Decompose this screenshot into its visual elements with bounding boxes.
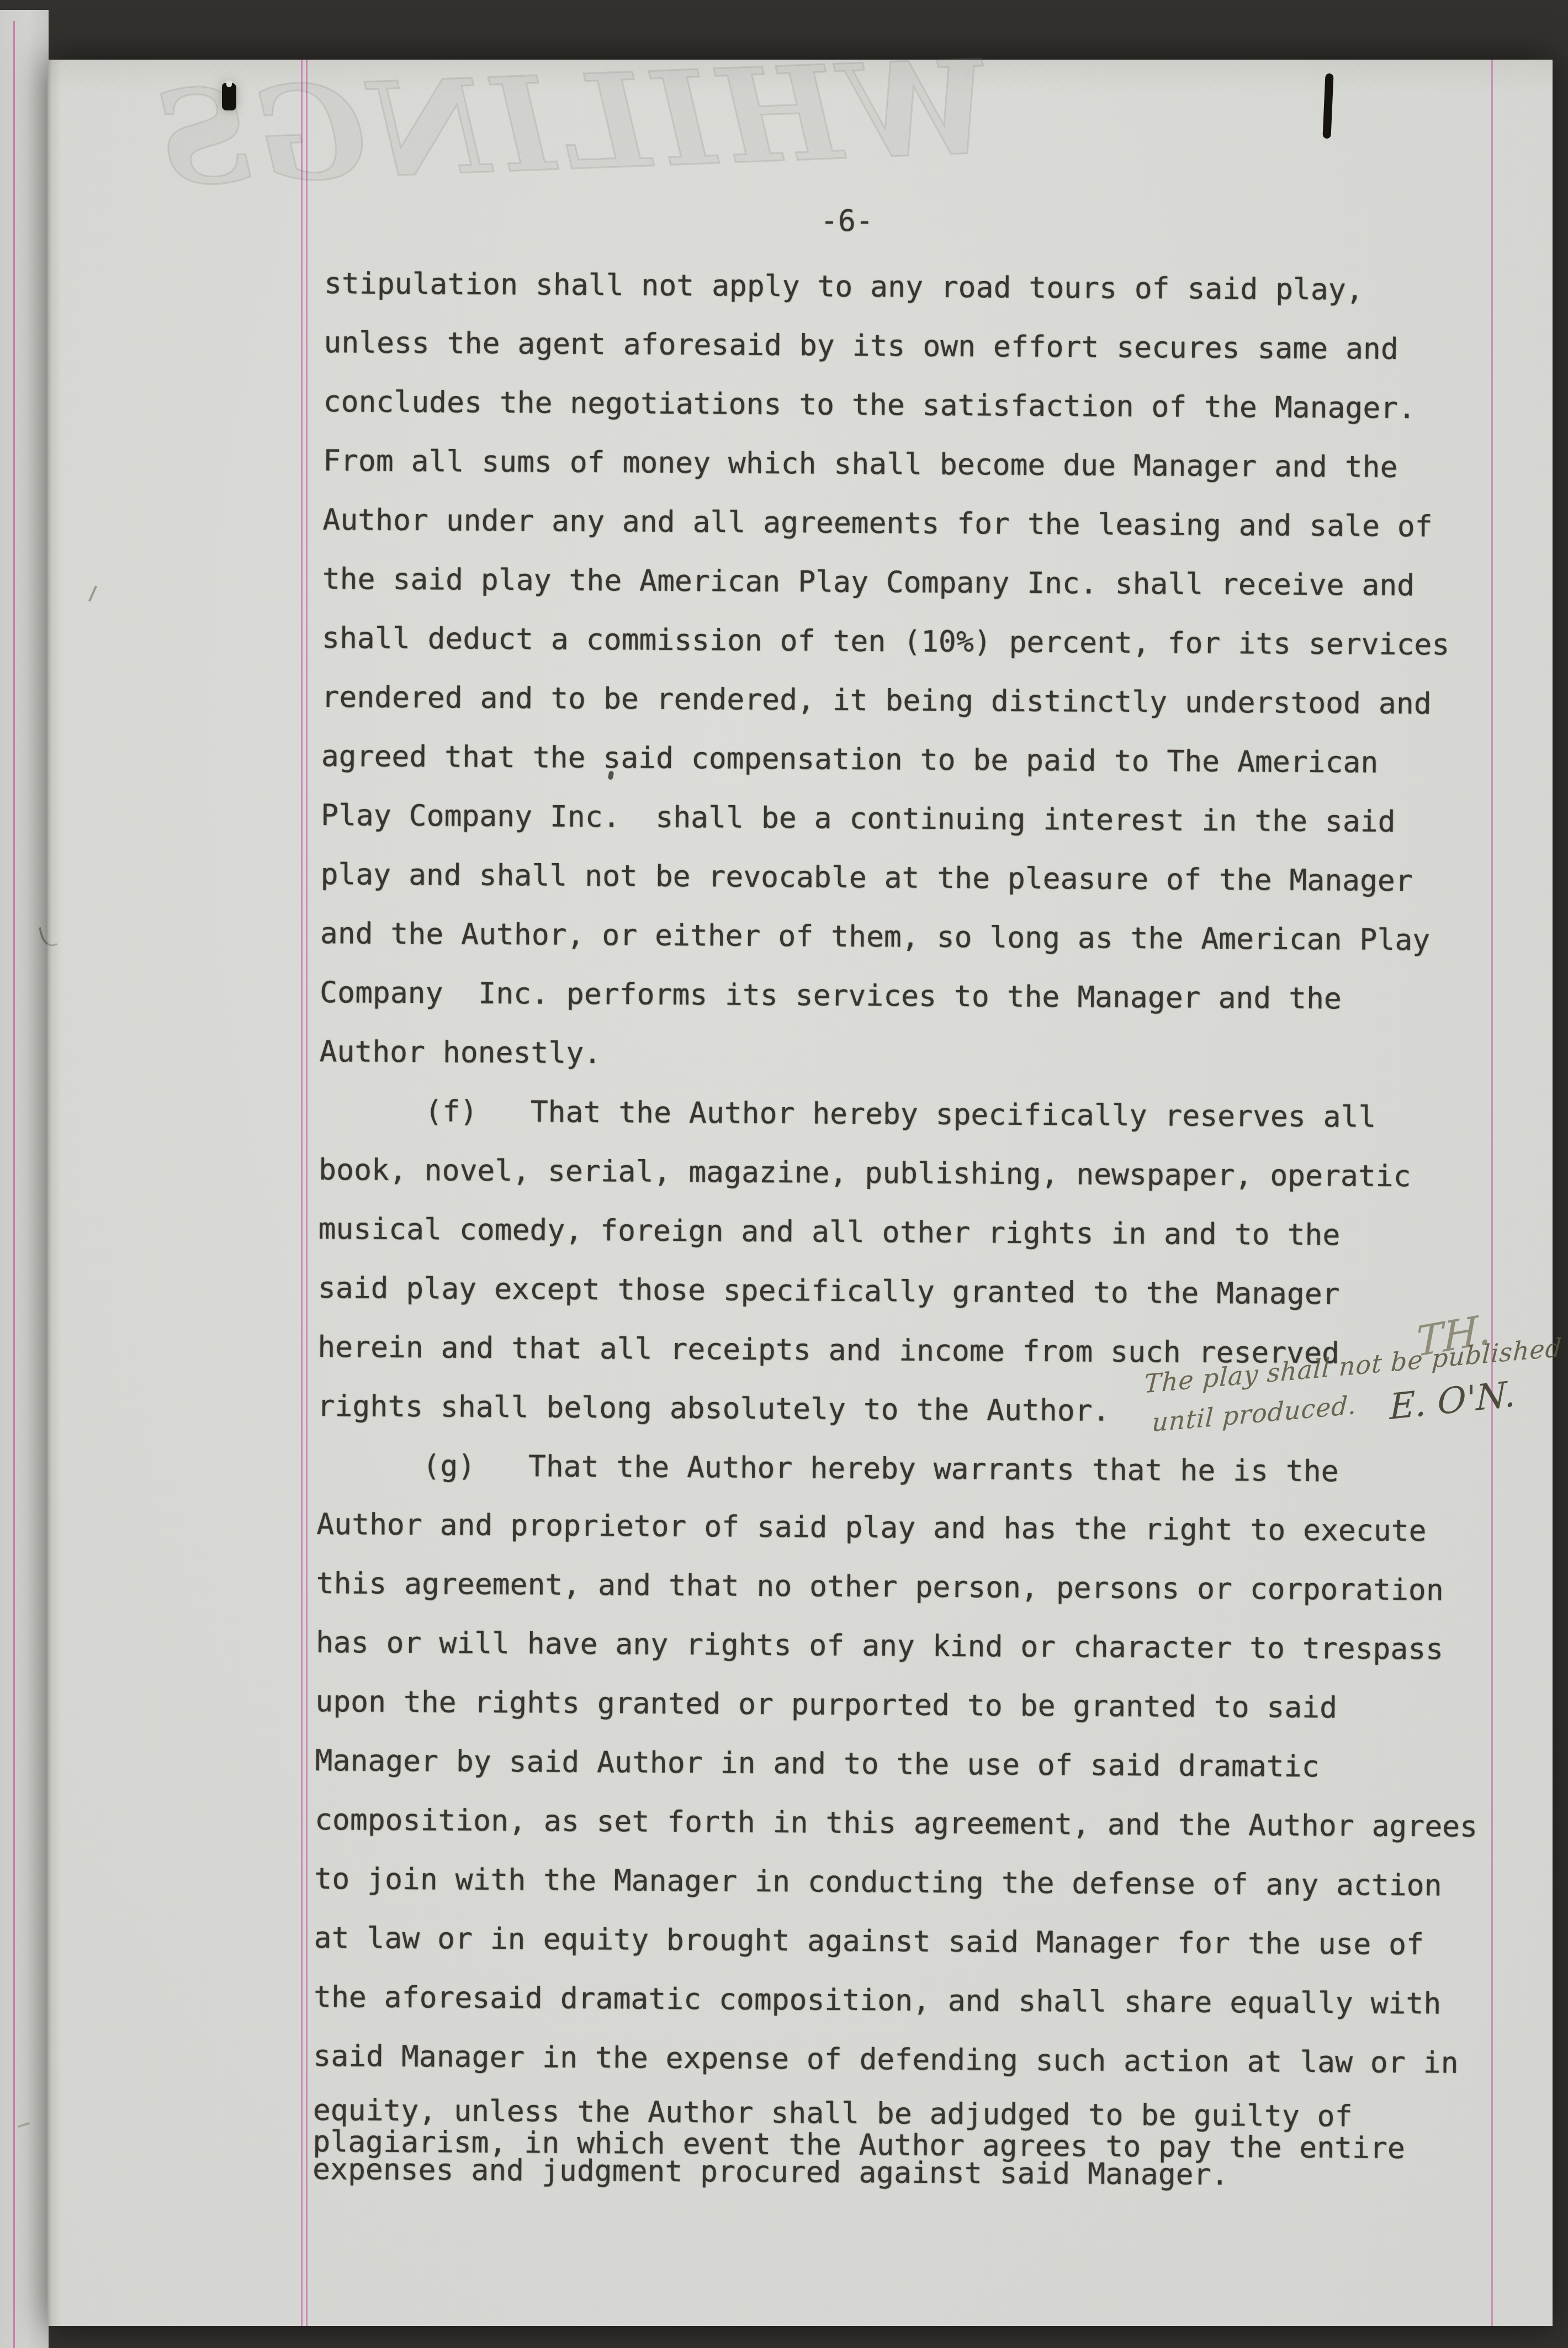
typed-line: has or will have any rights of any kind … [316,1628,1568,1665]
typed-line: at law or in equity brought against said… [314,1923,1568,1961]
underlying-sheet-margin-line [13,21,15,2348]
typed-line: Play Company Inc. shall be a continuing … [321,801,1568,838]
typed-line: concludes the negotiations to the satisf… [324,387,1568,425]
typed-line: said Manager in the expense of defending… [313,2042,1568,2079]
scanned-document-page: WHILINGS -6- stipulation shall not apply… [0,0,1568,2348]
typed-line: rendered and to be rendered, it being di… [321,683,1568,720]
show-through-watermark-text: WHILINGS [354,31,994,208]
left-margin-line-inner [306,60,308,2326]
underlying-sheet-edge [0,10,49,2348]
typed-line: said play except those specifically gran… [318,1273,1568,1311]
pencil-tick-mark [18,2122,30,2128]
typed-line-clause-f: (f) That the Author hereby specifically … [319,1096,1568,1134]
ink-tally-mark [1322,73,1333,139]
margin-tick-mark [88,585,97,601]
typed-line: this agreement, and that no other person… [316,1569,1568,1606]
typed-line: upon the rights granted or purported to … [315,1687,1568,1725]
typed-line: agreed that the said compensation to be … [321,742,1568,779]
typed-line: rights shall belong absolutely to the Au… [317,1392,1568,1429]
typed-line: Manager by said Author in and to the use… [315,1746,1568,1784]
typed-line: Company Inc. performs its services to th… [320,978,1568,1016]
typed-line-clause-g: (g) That the Author hereby warrants that… [317,1451,1568,1488]
typed-line: Author honestly. [319,1037,1568,1075]
typed-body-text: stipulation shall not apply to any road … [312,269,1568,2192]
typed-line: composition, as set forth in this agreem… [315,1805,1568,1843]
typed-line: unless the agent aforesaid by its own ef… [324,328,1568,366]
typed-line: to join with the Manager in conducting t… [314,1864,1568,1902]
typed-line: book, novel, serial, magazine, publishin… [319,1155,1568,1193]
typed-line: the said play the American Play Company … [322,564,1568,602]
typed-line: play and shall not be revocable at the p… [320,860,1568,897]
typed-line: Author and proprietor of said play and h… [316,1510,1568,1547]
staple-hole-mark [222,83,236,110]
contract-page: WHILINGS -6- stipulation shall not apply… [47,60,1553,2326]
typed-line: stipulation shall not apply to any road … [324,269,1568,306]
left-margin-line-outer [301,60,303,2326]
typed-line: the aforesaid dramatic composition, and … [314,1982,1568,2020]
typed-line: musical comedy, foreign and all other ri… [318,1214,1568,1252]
page-number: -6- [820,204,873,238]
typed-line: shall deduct a commission of ten (10%) p… [322,623,1568,661]
typed-line: From all sums of money which shall becom… [323,446,1568,484]
typed-line: Author under any and all agreements for … [322,505,1568,543]
typed-line: and the Author, or either of them, so lo… [320,919,1568,956]
